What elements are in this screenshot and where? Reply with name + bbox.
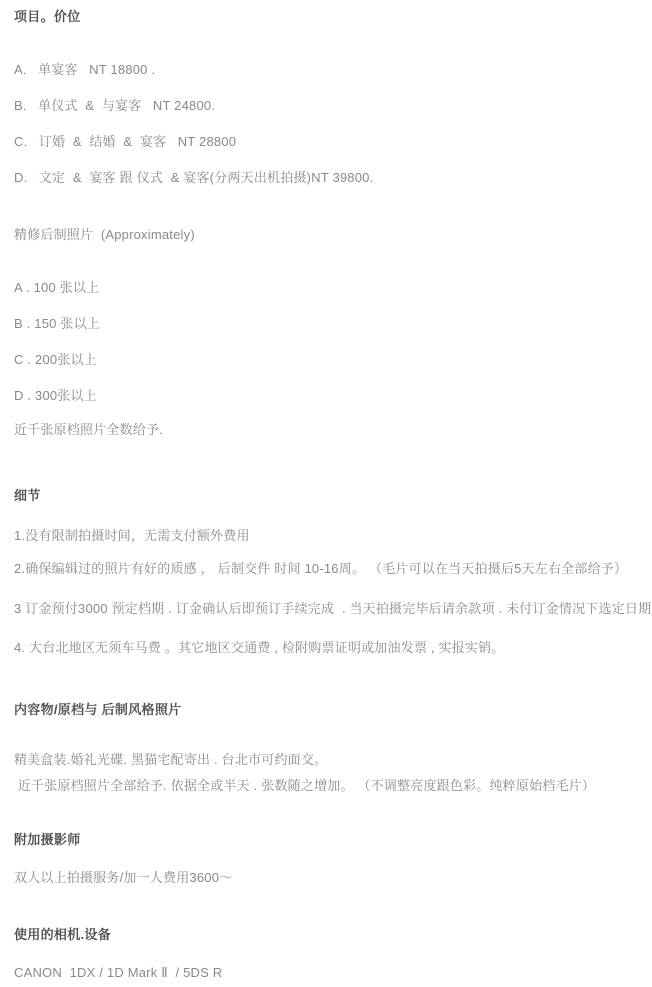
photo-count-item-d: D . 300张以上: [14, 387, 652, 405]
section-camera-equipment: 使用的相机.设备 CANON 1DX / 1D Mark Ⅱ / 5DS R: [14, 926, 652, 982]
section-pricing: 项目。价位 A. 单宴客 NT 18800 . B. 单仪式 & 与宴客 NT …: [14, 8, 652, 187]
photo-count-item-c: C . 200张以上: [14, 351, 652, 369]
section-details-heading: 细节: [14, 487, 652, 505]
detail-item-3: 3 订金预付3000 预定档期 . 订金确认后即预订手续完成 . 当天拍摄完毕后…: [14, 600, 652, 618]
section-camera-equipment-heading: 使用的相机.设备: [14, 926, 652, 944]
section-retouched-photos-heading: 精修后制照片 (Approximately): [14, 226, 652, 244]
section-contents-heading: 内容物/原档与 后制风格照片: [14, 701, 652, 719]
contents-delivery-line: 精美盒装.婚礼光碟. 黑猫宅配寄出 . 台北市可约面交。: [14, 751, 652, 769]
section-contents: 内容物/原档与 后制风格照片 精美盒装.婚礼光碟. 黑猫宅配寄出 . 台北市可约…: [14, 701, 652, 795]
detail-item-4: 4. 大台北地区无须车马费 。其它地区交通费 , 检附购票证明或加油发票 , 实…: [14, 639, 652, 657]
price-item-d: D. 文定 & 宴客 跟 仪式 & 宴客(分两天出机拍摄)NT 39800.: [14, 169, 652, 187]
price-item-a: A. 单宴客 NT 18800 .: [14, 61, 652, 79]
section-pricing-heading: 项目。价位: [14, 8, 652, 26]
camera-models-line: CANON 1DX / 1D Mark Ⅱ / 5DS R: [14, 964, 652, 982]
contents-raw-photos-line: 近千张原档照片全部给予. 依据全或半天 . 张数随之增加。 （不调整亮度跟色彩。…: [14, 777, 652, 795]
photo-count-item-b: B . 150 张以上: [14, 315, 652, 333]
section-additional-photographer-heading: 附加摄影师: [14, 831, 652, 849]
detail-item-2: 2.确保编辑过的照片有好的质感 ， 后制交件 时间 10-16周。 （毛片可以在…: [14, 560, 652, 578]
section-additional-photographer: 附加摄影师 双人以上拍摄服务/加一人费用3600～: [14, 831, 652, 887]
price-item-c: C. 订婚 & 结婚 & 宴客 NT 28800: [14, 133, 652, 151]
pricing-document-page: 项目。价位 A. 单宴客 NT 18800 . B. 单仪式 & 与宴客 NT …: [0, 0, 652, 987]
price-item-b: B. 单仪式 & 与宴客 NT 24800.: [14, 97, 652, 115]
section-retouched-photos: 精修后制照片 (Approximately) A . 100 张以上 B . 1…: [14, 226, 652, 439]
photo-count-item-a: A . 100 张以上: [14, 279, 652, 297]
additional-photographer-fee-line: 双人以上拍摄服务/加一人费用3600～: [14, 869, 652, 887]
photo-count-note: 近千张原档照片全数给予.: [14, 421, 652, 439]
section-details: 细节 1.没有限制拍摄时间，无需支付额外费用 2.确保编辑过的照片有好的质感 ，…: [14, 487, 652, 657]
detail-item-1: 1.没有限制拍摄时间，无需支付额外费用: [14, 527, 652, 545]
